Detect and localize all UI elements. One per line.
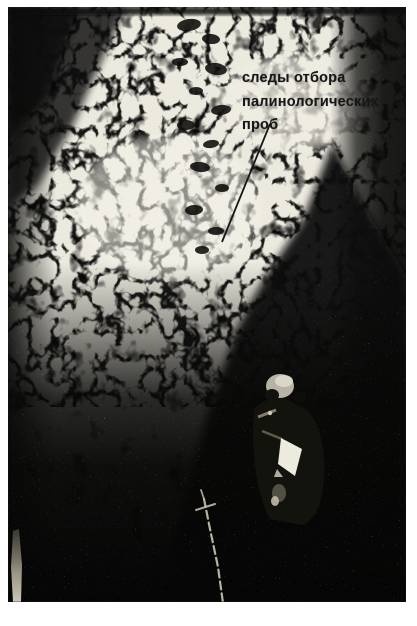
annotation-line: проб xyxy=(242,114,379,138)
page: следы отбора палинологических проб xyxy=(0,0,417,626)
annotation-line: следы отбора xyxy=(242,67,379,91)
photo-annotation: следы отбора палинологических проб xyxy=(242,67,379,138)
cave-photo: следы отбора палинологических проб xyxy=(8,7,406,602)
annotation-line: палинологических xyxy=(242,91,379,115)
